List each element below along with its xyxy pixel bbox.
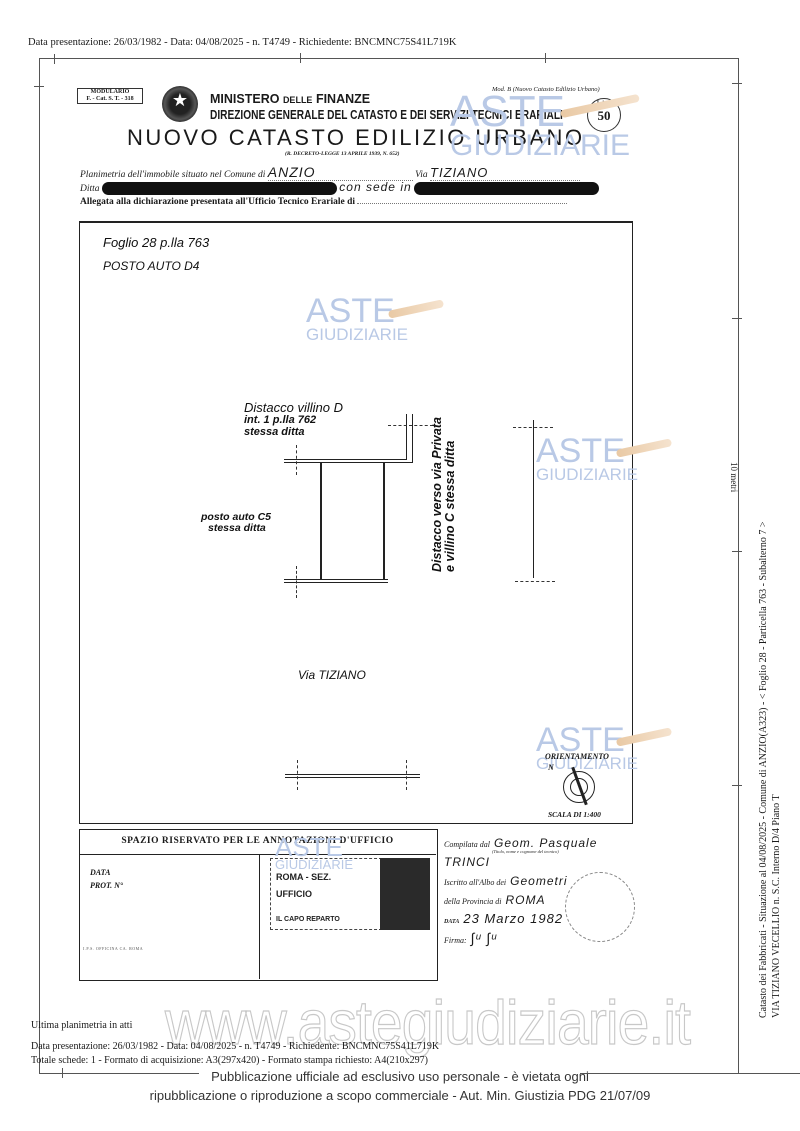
compass-icon	[563, 771, 595, 803]
redacted-owner	[102, 182, 337, 195]
compiler-provincia: ROMA	[505, 893, 545, 907]
annotation-prot-label: PROT. N°	[90, 881, 123, 890]
frame-tick	[732, 83, 742, 84]
stamp-text: ROMA - SEZ.	[276, 872, 331, 882]
round-stamp-outline	[565, 872, 635, 942]
compiler-date: 23 Marzo 1982	[463, 911, 563, 926]
street-line	[285, 774, 420, 775]
wall-line	[406, 414, 407, 460]
north-label: N	[548, 763, 554, 772]
ditta-field: Ditta con sede in	[80, 180, 599, 195]
modulario-code: F. - Cat. S. T. - 318	[78, 96, 142, 103]
publication-notice-line2: ripubblicazione o riproduzione a scopo c…	[130, 1088, 670, 1103]
frame-tick	[545, 53, 546, 63]
planimetria-field: Planimetria dell'immobile situato nel Co…	[80, 164, 580, 181]
decree-reference: (R. DECRETO-LEGGE 13 APRILE 1939, N. 652…	[285, 151, 399, 157]
axis-line	[406, 760, 407, 790]
wall-line	[284, 462, 413, 463]
stamp-text: IL CAPO REPARTO	[276, 916, 340, 923]
scale-label: SCALA DI 1:400	[548, 810, 601, 819]
ministry-name: MINISTERO DELLE FINANZE	[210, 92, 370, 106]
redacted-address	[414, 182, 599, 195]
axis-line	[296, 566, 297, 598]
foglio-label: Foglio 28 p.lla 763	[103, 235, 209, 250]
watermark-aste-giudiziarie: ASTE GIUDIZIARIE	[306, 296, 408, 342]
posto-auto-c5-label: posto auto C5 stessa ditta	[201, 512, 271, 534]
parking-space-left-line	[320, 462, 322, 580]
wall-line	[284, 459, 406, 460]
frame-tick	[732, 318, 742, 319]
posto-auto-label: POSTO AUTO D4	[103, 259, 199, 273]
parking-space-bottom-line	[284, 582, 388, 583]
frame-tick	[54, 54, 55, 64]
footer-meta: Data presentazione: 26/03/1982 - Data: 0…	[31, 1041, 439, 1052]
scale-10m-label: 10 metri	[729, 462, 739, 492]
distacco-villino-label: Distacco villino D int. 1 p.lla 762 stes…	[244, 402, 343, 438]
via-value: TIZIANO	[430, 165, 488, 180]
signature-icon: ∫ᵘ ∫ᵘ	[471, 930, 497, 946]
modulario-box: MODULARIO F. - Cat. S. T. - 318	[77, 88, 143, 104]
orientamento-label: ORIENTAMENTO	[545, 752, 609, 761]
annotations-divider	[259, 854, 260, 979]
comune-value: ANZIO	[268, 164, 316, 180]
annotation-data-label: DATA	[90, 868, 110, 877]
boundary-line	[533, 420, 534, 578]
catasto-side-note: Catasto dei Fabbricati - Situazione al 0…	[757, 522, 783, 1018]
axis-line	[513, 427, 553, 428]
axis-line	[296, 445, 297, 475]
compiler-albo: Geometri	[510, 874, 567, 888]
parking-space-bottom-line	[284, 579, 388, 580]
parking-space-right-line	[383, 462, 385, 580]
allegata-field: Allegata alla dichiarazione presentata a…	[80, 197, 567, 207]
ultima-planimetria-note: Ultima planimetria in atti	[31, 1020, 132, 1031]
frame-tick	[62, 1068, 63, 1078]
street-line	[285, 777, 420, 778]
frame-tick	[34, 86, 44, 87]
watermark-aste-giudiziarie: ASTE GIUDIZIARIE	[275, 836, 353, 871]
printer-mark: I.P.S. OFFICINA CA. ROMA	[83, 946, 143, 951]
wall-line	[412, 414, 413, 463]
frame-tick	[732, 551, 742, 552]
watermark-aste-giudiziarie: ASTE GIUDIZIARIE	[536, 436, 638, 482]
distacco-verso-via-label: Distacco verso via Privata e villino C s…	[431, 417, 457, 572]
via-tiziano-label: Via TIZIANO	[298, 668, 366, 682]
document-meta-header: Data presentazione: 26/03/1982 - Data: 0…	[28, 37, 457, 48]
axis-line	[388, 425, 433, 426]
stamp-text: UFFICIO	[276, 889, 312, 899]
publication-notice-line1: Pubblicazione ufficiale ad esclusivo uso…	[130, 1069, 670, 1084]
axis-line	[297, 760, 298, 790]
star-icon: ★	[170, 90, 190, 110]
compiler-surname: TRINCI	[444, 855, 597, 869]
footer-totale: Totale schede: 1 - Formato di acquisizio…	[31, 1055, 428, 1066]
office-annotations-heading: SPAZIO RISERVATO PER LE ANNOTAZIONI D'UF…	[79, 829, 436, 855]
revenue-stamp-image	[380, 858, 430, 930]
axis-line	[515, 581, 555, 582]
frame-tick	[732, 785, 742, 786]
frame-tick	[300, 53, 301, 63]
compiler-name: Geom. Pasquale	[494, 836, 597, 850]
